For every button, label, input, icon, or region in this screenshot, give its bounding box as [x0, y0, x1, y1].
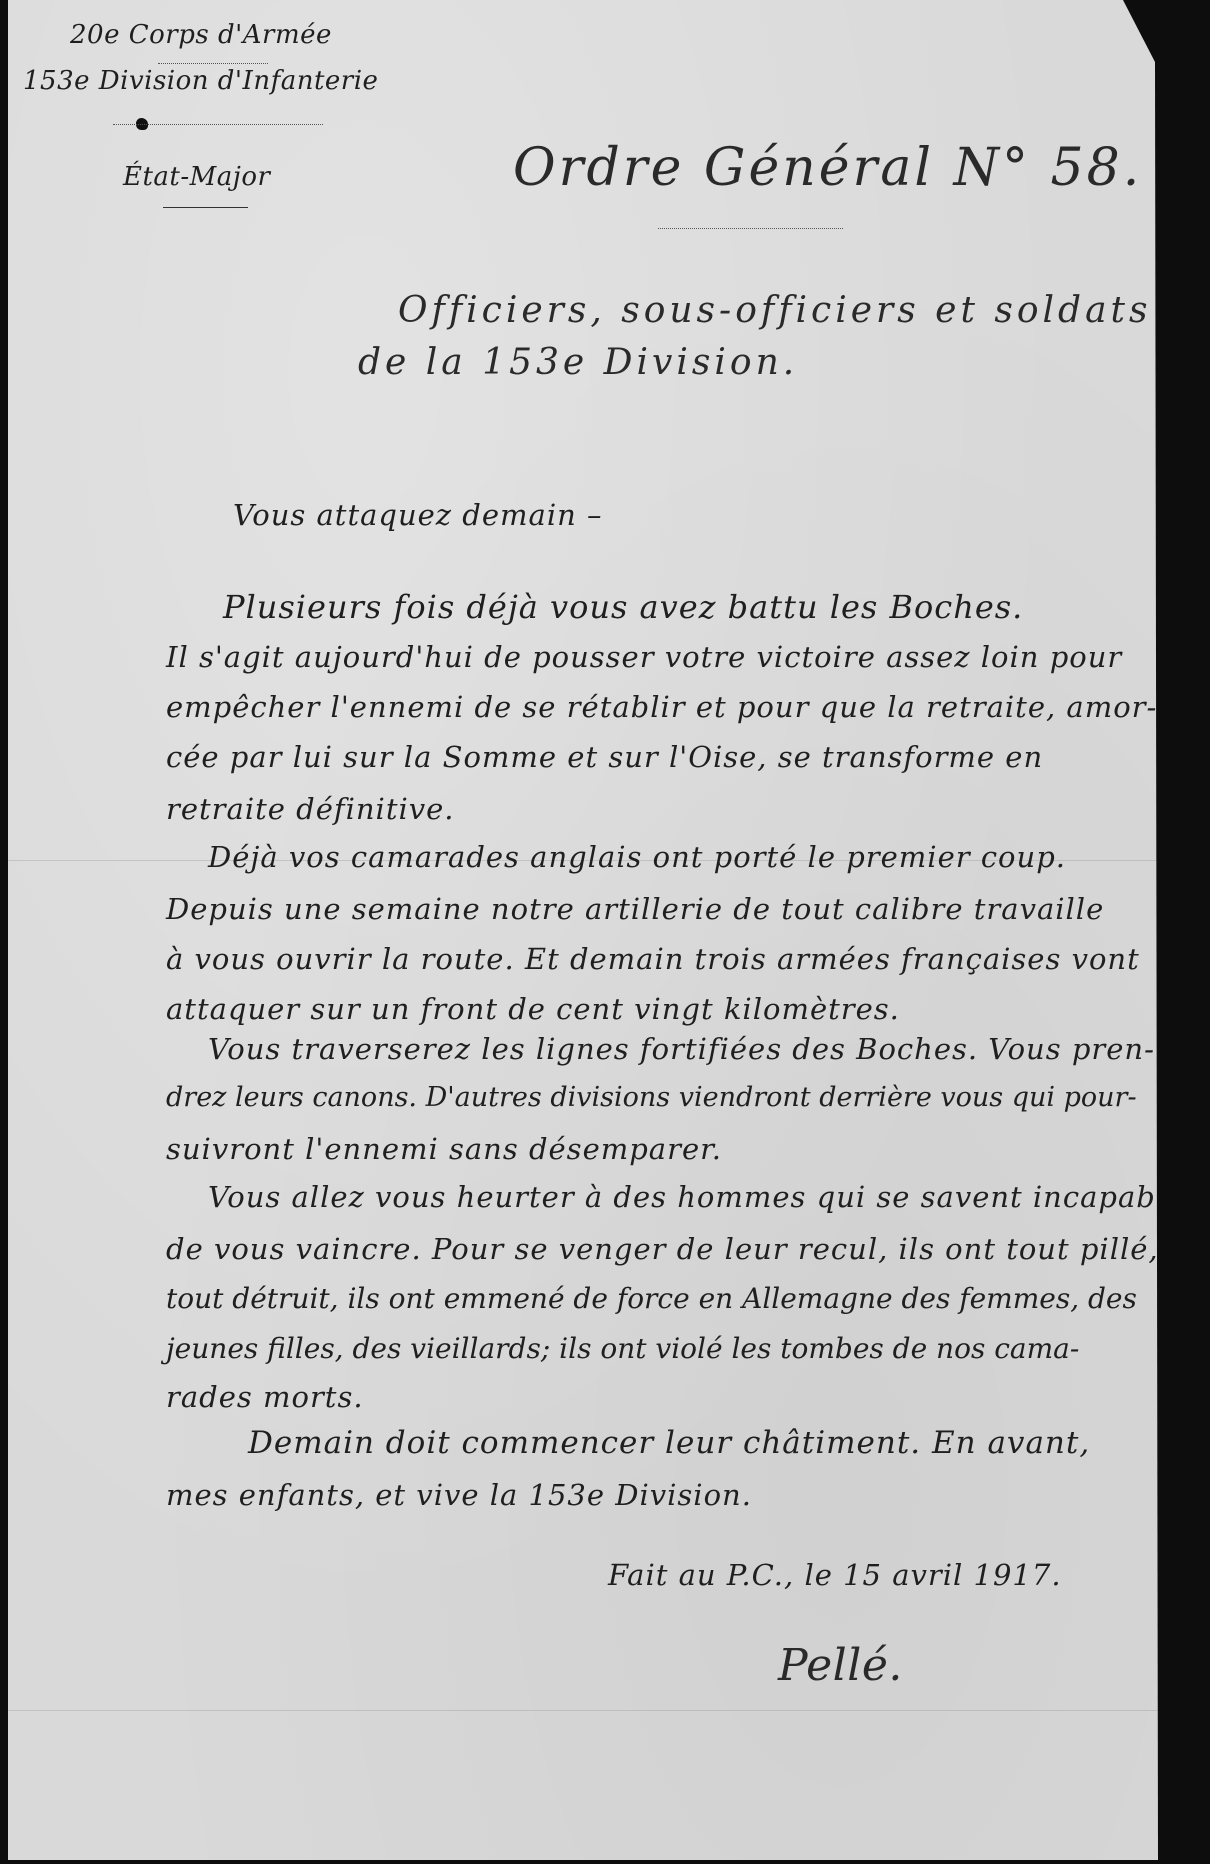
body-line: Vous traverserez les lignes fortifiées d… [208, 1032, 1155, 1066]
order-title: Ordre Général N° 58. [513, 138, 1142, 198]
body-line: cée par lui sur la Somme et sur l'Oise, … [166, 740, 1043, 774]
signature: Pellé. [778, 1640, 903, 1691]
body-line: Depuis une semaine notre artillerie de t… [166, 892, 1104, 926]
document-page: 20e Corps d'Armée 153e Division d'Infant… [8, 0, 1198, 1860]
header-underline [163, 207, 248, 208]
address-line-2: de la 153e Division. [358, 342, 798, 383]
title-underline [658, 228, 843, 229]
body-line: Vous attaquez demain – [233, 498, 603, 532]
header-department: État-Major [123, 162, 270, 192]
body-line: Vous allez vous heurter à des hommes qui… [208, 1180, 1200, 1214]
header-division: 153e Division d'Infanterie [23, 66, 378, 96]
body-line: jeunes filles, des vieillards; ils ont v… [166, 1332, 1079, 1365]
body-line: Déjà vos camarades anglais ont porté le … [208, 840, 1066, 874]
body-line: drez leurs canons. D'autres divisions vi… [166, 1082, 1137, 1113]
fold-line [8, 1710, 1158, 1711]
body-line: empêcher l'ennemi de se rétablir et pour… [166, 690, 1157, 724]
header-corps: 20e Corps d'Armée [70, 20, 332, 50]
body-line: à vous ouvrir la route. Et demain trois … [166, 942, 1140, 976]
body-line: Il s'agit aujourd'hui de pousser votre v… [166, 640, 1122, 674]
body-line: mes enfants, et vive la 153e Division. [166, 1478, 752, 1512]
body-line: suivront l'ennemi sans désemparer. [166, 1132, 722, 1166]
body-line: tout détruit, ils ont emmené de force en… [166, 1282, 1137, 1315]
address-line-1: Officiers, sous-officiers et soldats [398, 290, 1151, 331]
header-divider [158, 63, 268, 64]
body-line: Plusieurs fois déjà vous avez battu les … [223, 588, 1023, 626]
body-line: attaquer sur un front de cent vingt kilo… [166, 992, 900, 1026]
body-line: Demain doit commencer leur châtiment. En… [248, 1425, 1090, 1461]
header-divider [113, 124, 323, 125]
body-line: rades morts. [166, 1380, 364, 1414]
body-line: de vous vaincre. Pour se venger de leur … [166, 1232, 1159, 1266]
place-and-date: Fait au P.C., le 15 avril 1917. [608, 1558, 1062, 1592]
body-line: retraite définitive. [166, 792, 455, 826]
